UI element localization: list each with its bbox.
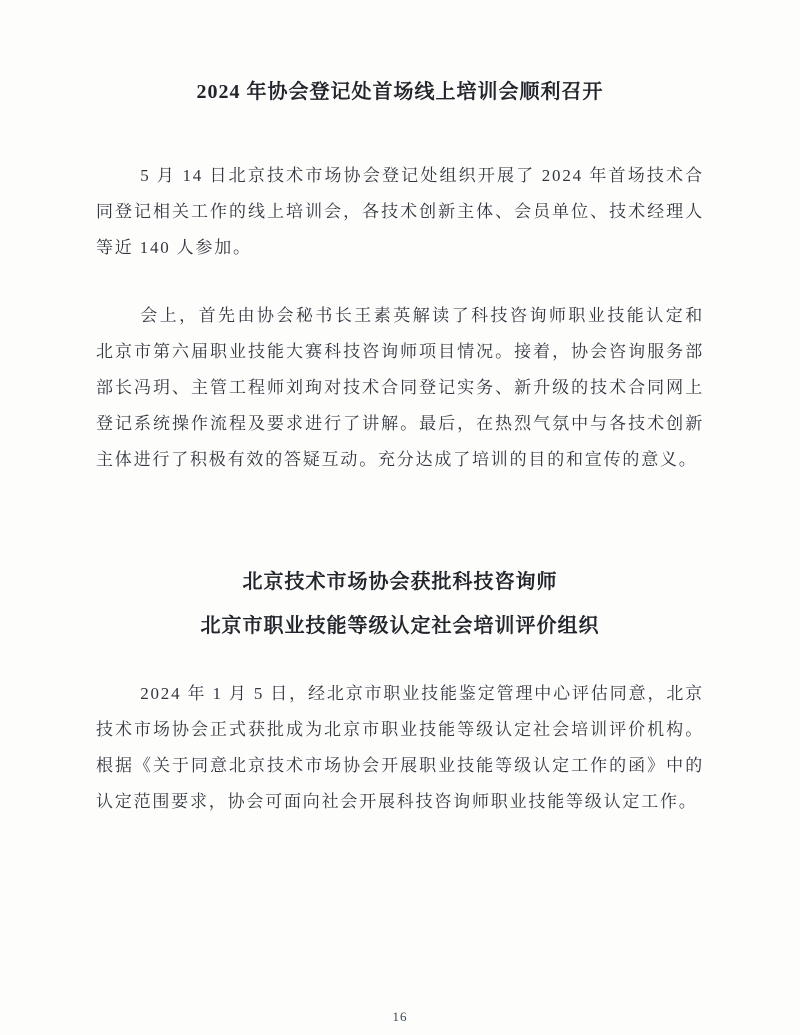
article1-paragraph-2: 会上，首先由协会秘书长王素英解读了科技咨询师职业技能认定和北京市第六届职业技能大… [96, 298, 704, 478]
article2-title-line1: 北京技术市场协会获批科技咨询师 [96, 560, 704, 604]
document-page: 2024 年协会登记处首场线上培训会顺利召开 5 月 14 日北京技术市场协会登… [0, 0, 800, 1035]
article1-paragraph-1: 5 月 14 日北京技术市场协会登记处组织开展了 2024 年首场技术合同登记相… [96, 158, 704, 266]
page-number: 16 [0, 1009, 800, 1025]
article1-title: 2024 年协会登记处首场线上培训会顺利召开 [96, 78, 704, 106]
article2-paragraph-1: 2024 年 1 月 5 日，经北京市职业技能鉴定管理中心评估同意，北京技术市场… [96, 676, 704, 820]
article2-title-line2: 北京市职业技能等级认定社会培训评价组织 [96, 604, 704, 648]
article2-title: 北京技术市场协会获批科技咨询师 北京市职业技能等级认定社会培训评价组织 [96, 560, 704, 648]
